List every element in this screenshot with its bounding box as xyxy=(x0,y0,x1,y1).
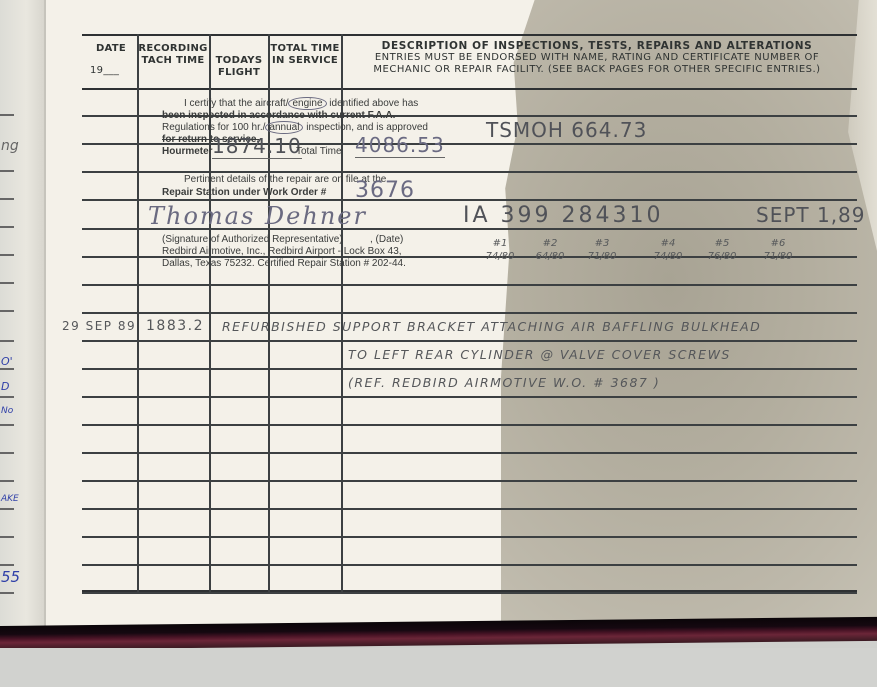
margin-note: 55 xyxy=(1,568,20,586)
cylinder-number: #3 xyxy=(580,237,624,250)
ruled-line xyxy=(0,198,14,200)
signature: Thomas Dehner xyxy=(148,202,367,230)
cylinder-number: #1 xyxy=(478,237,522,250)
row-rule xyxy=(82,424,857,426)
cylinder-number: #5 xyxy=(700,237,744,250)
ruled-line xyxy=(0,340,14,342)
header-description-title: DESCRIPTION OF INSPECTIONS, TESTS, REPAI… xyxy=(342,40,852,52)
row-rule xyxy=(82,452,857,454)
row-rule xyxy=(82,592,857,594)
row-rule xyxy=(82,199,857,201)
row-rule xyxy=(82,480,857,482)
compression-reading: #264/80 xyxy=(528,237,572,263)
compression-value: 74/80 xyxy=(646,250,690,263)
header-description-note: MECHANIC OR REPAIR FACILITY. (SEE BACK P… xyxy=(342,64,852,76)
total-time-label: Total Time xyxy=(296,146,342,158)
compression-reading: #474/80 xyxy=(646,237,690,263)
row-rule xyxy=(82,564,857,566)
ruled-line xyxy=(0,254,14,256)
entry-tach-time: 1883.2 xyxy=(146,318,204,334)
entry-date: 29 SEP 89 xyxy=(62,319,136,333)
logbook-page xyxy=(46,0,877,628)
circled-engine: engine xyxy=(288,97,326,110)
entry-description-line: TO LEFT REAR CYLINDER @ VALVE COVER SCRE… xyxy=(348,347,731,362)
ruled-line xyxy=(0,114,14,116)
ruled-line xyxy=(0,396,14,398)
entry-description-line: (REF. REDBIRD AIRMOTIVE W.O. # 3687 ) xyxy=(348,375,660,390)
row-rule xyxy=(82,396,857,398)
scanner-background xyxy=(0,648,877,687)
ruled-line xyxy=(0,480,14,482)
ruled-line xyxy=(0,592,14,594)
signature-caption: (Signature of Authorized Representative) xyxy=(162,234,343,246)
margin-note: O' xyxy=(1,355,13,368)
row-rule xyxy=(82,508,857,510)
compression-reading: #371/80 xyxy=(580,237,624,263)
row-rule xyxy=(82,284,857,286)
date-caption: , (Date) xyxy=(370,234,403,246)
hourmeter-label: Hourmeter xyxy=(162,146,213,158)
header-date: DATE 19___ xyxy=(84,43,138,77)
ia-number: IA 399 284310 xyxy=(463,203,664,228)
compression-reading: #576/80 xyxy=(700,237,744,263)
compression-value: 76/80 xyxy=(700,250,744,263)
margin-note: ng xyxy=(1,138,19,154)
ruled-line xyxy=(0,508,14,510)
header-description: DESCRIPTION OF INSPECTIONS, TESTS, REPAI… xyxy=(342,40,852,76)
circled-annual: annual xyxy=(265,121,303,134)
header-top-rule xyxy=(82,34,857,36)
cylinder-number: #4 xyxy=(646,237,690,250)
ruled-line xyxy=(0,368,14,370)
row-rule xyxy=(82,312,857,314)
total-time-value: 4086.53 xyxy=(355,133,445,158)
margin-note: No xyxy=(1,406,13,416)
compression-value: 74/80 xyxy=(478,250,522,263)
compression-value: 64/80 xyxy=(528,250,572,263)
compression-value: 71/80 xyxy=(756,250,800,263)
ia-date: SEPT 1,89 xyxy=(756,203,866,227)
column-rule xyxy=(137,34,139,592)
repair-station-certificate: Dallas, Texas 75232. Certified Repair St… xyxy=(162,258,406,270)
ruled-line xyxy=(0,310,14,312)
margin-note: D xyxy=(1,380,9,393)
ruled-line xyxy=(0,536,14,538)
hourmeter-value: 1874.10 xyxy=(212,134,302,159)
entry-description-line: REFURBISHED SUPPORT BRACKET ATTACHING AI… xyxy=(222,319,761,334)
compression-reading: #174/80 xyxy=(478,237,522,263)
header-description-note: ENTRIES MUST BE ENDORSED WITH NAME, RATI… xyxy=(342,52,852,64)
left-facing-page: ng O' D No AKE 55 xyxy=(0,0,44,628)
header-total-time-in-service: TOTAL TIME IN SERVICE xyxy=(270,43,340,67)
header-date-year: 19___ xyxy=(84,65,138,77)
work-order-number: 3676 xyxy=(355,178,415,203)
cylinder-number: #2 xyxy=(528,237,572,250)
compression-reading: #671/80 xyxy=(756,237,800,263)
ruled-line xyxy=(0,564,14,566)
header-todays-flight: TODAYS FLIGHT xyxy=(210,55,268,79)
stamp-work-order-line: Repair Station under Work Order # xyxy=(162,187,326,199)
row-rule xyxy=(82,368,857,370)
header-bottom-rule xyxy=(82,88,857,90)
repair-station-address: Redbird Airmotive, Inc., Redbird Airport… xyxy=(162,246,402,258)
cylinder-number: #6 xyxy=(756,237,800,250)
ruled-line xyxy=(0,424,14,426)
row-rule xyxy=(82,340,857,342)
ruled-line xyxy=(0,282,14,284)
compression-value: 71/80 xyxy=(580,250,624,263)
tsmoh-note: TSMOH 664.73 xyxy=(486,118,647,142)
ruled-line xyxy=(0,226,14,228)
row-rule xyxy=(82,536,857,538)
stamp-certify-line: I certify that the aircraft/engine ident… xyxy=(184,98,418,110)
header-recording-tach-time: RECORDING TACH TIME xyxy=(138,43,208,67)
ruled-line xyxy=(0,452,14,454)
ruled-line xyxy=(0,170,14,172)
margin-note: AKE xyxy=(1,494,19,504)
water-stain xyxy=(501,0,877,628)
row-rule xyxy=(82,171,857,173)
header-date-label: DATE xyxy=(84,43,138,55)
table-bottom-rule xyxy=(82,590,857,592)
